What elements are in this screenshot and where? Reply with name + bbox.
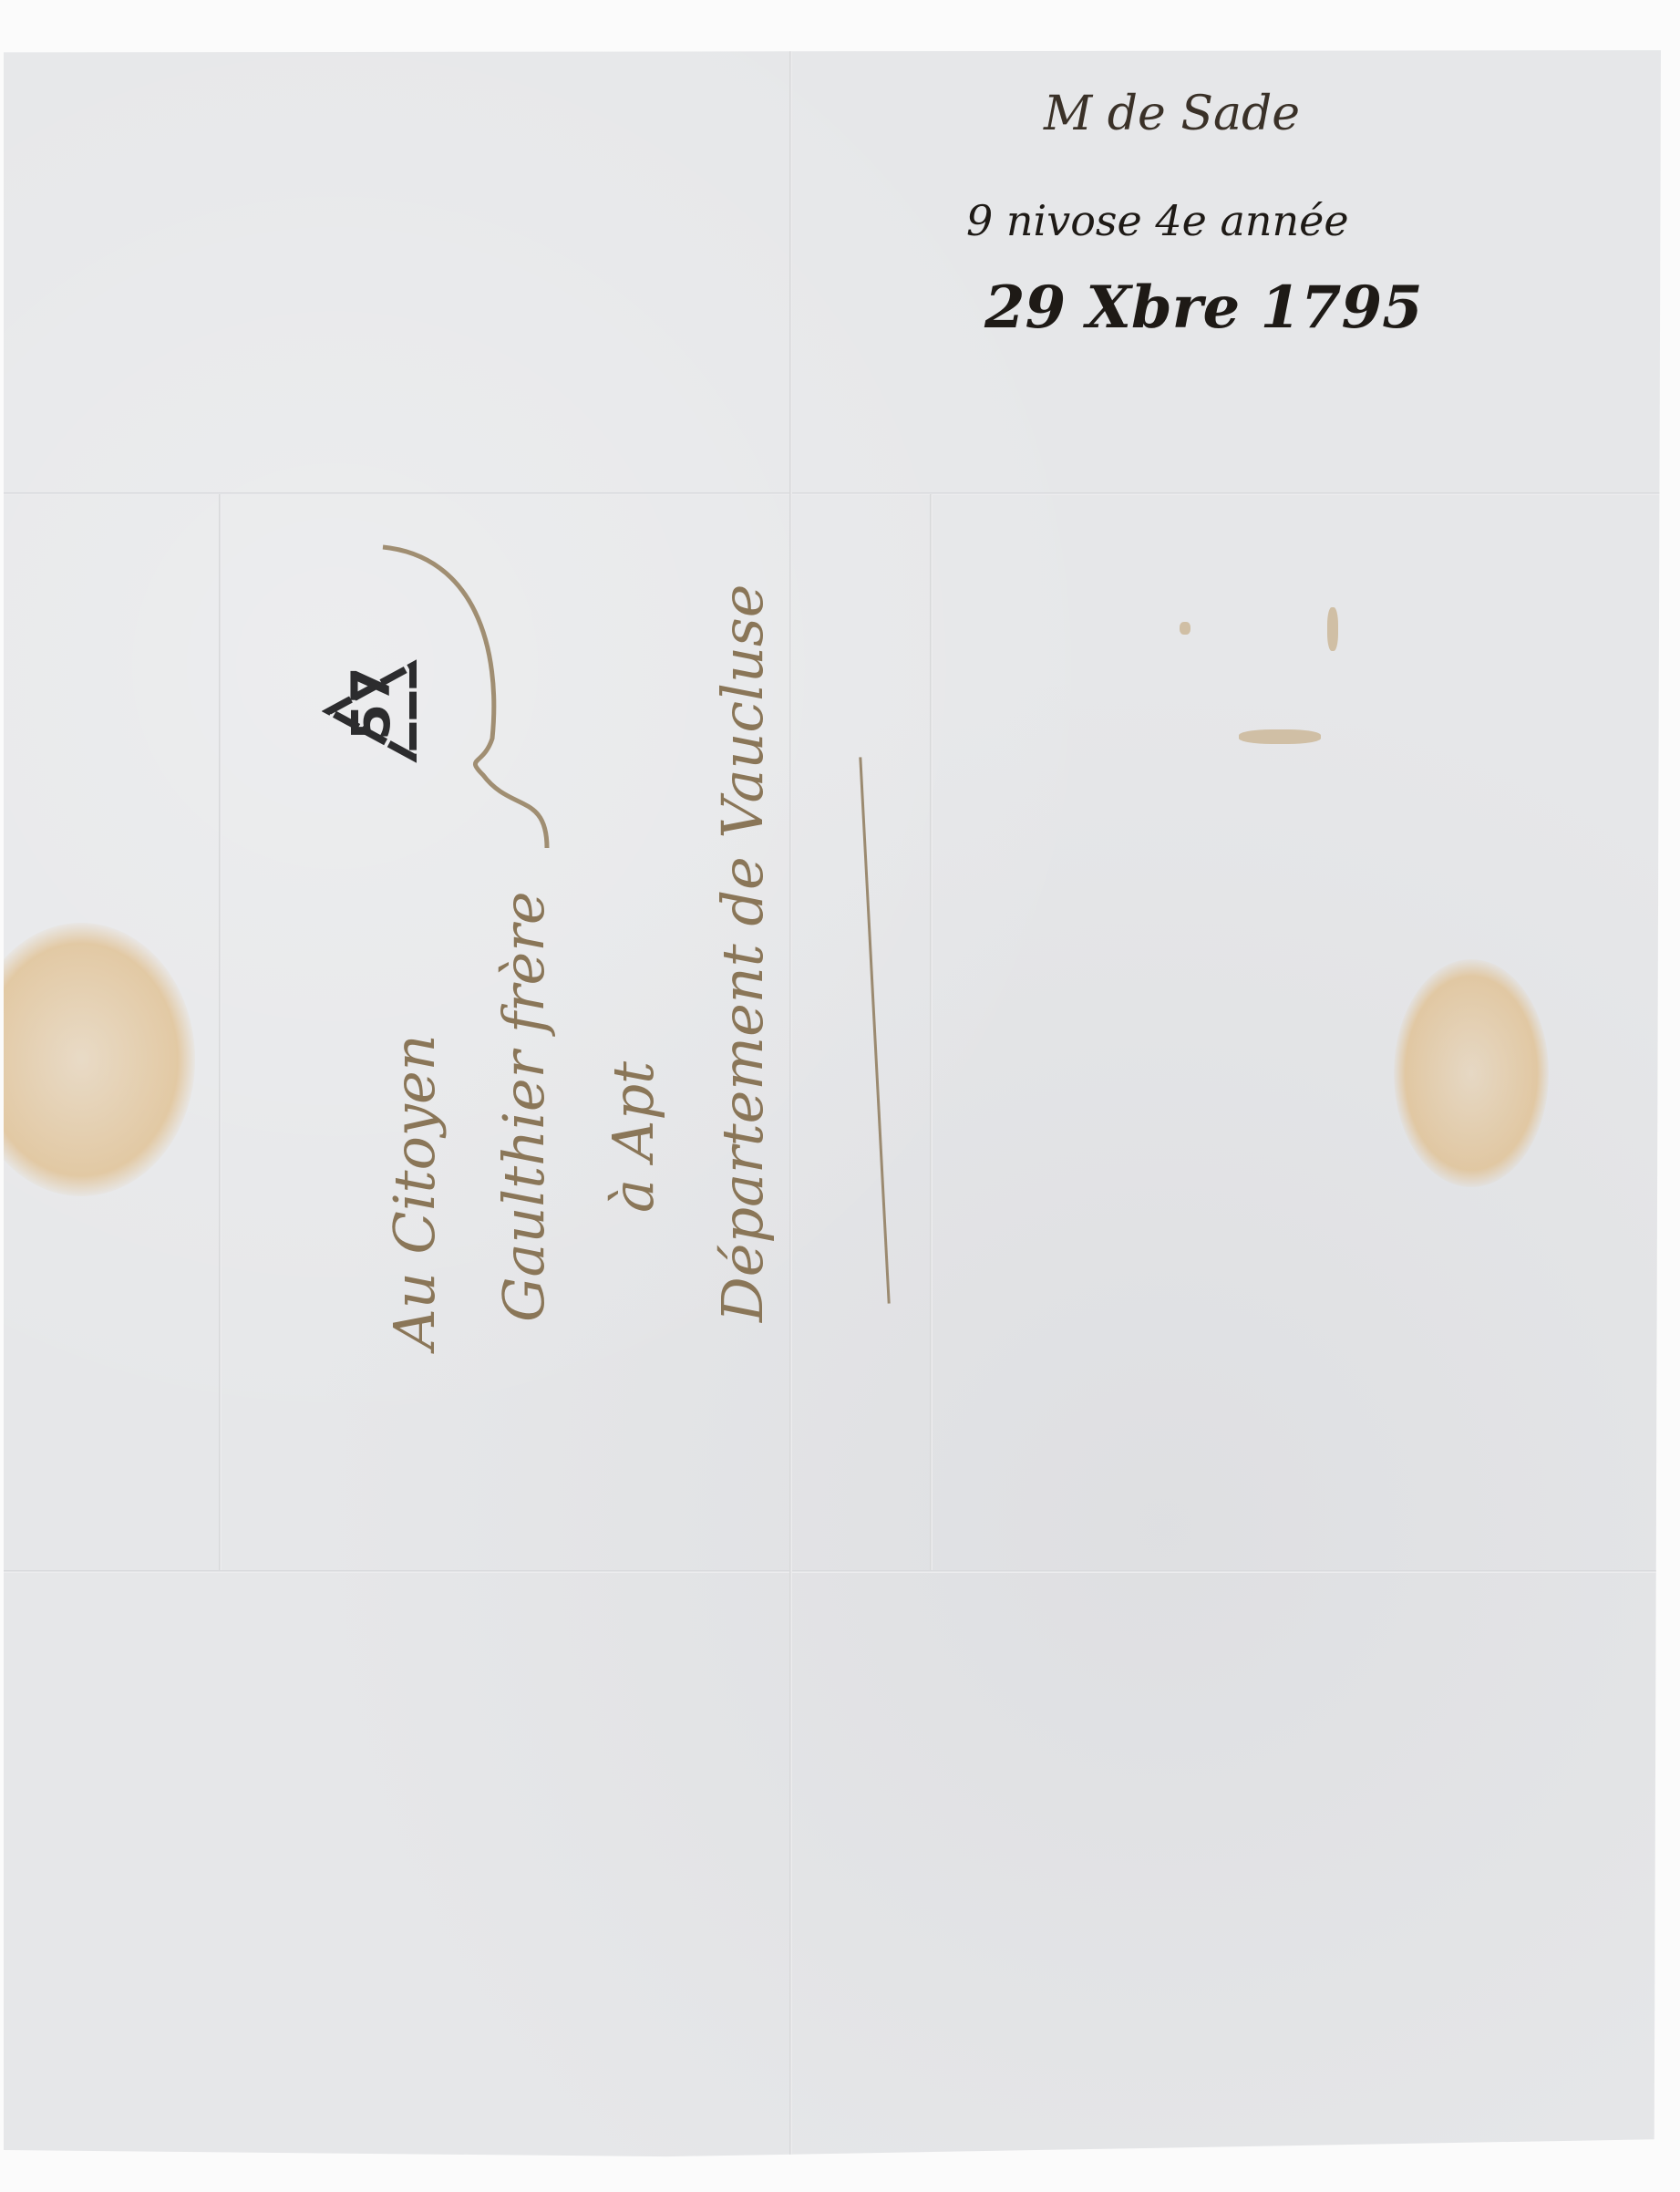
wax-seal-right bbox=[1394, 959, 1549, 1187]
address-flourish-icon bbox=[365, 538, 638, 903]
stain-mark bbox=[1239, 729, 1321, 744]
wax-seal-left bbox=[0, 923, 195, 1196]
stain-mark bbox=[1180, 622, 1190, 635]
fold-line-horizontal-bottom bbox=[4, 1570, 1661, 1573]
docket-republican-date: 9 nivose 4e année bbox=[966, 196, 1349, 245]
docket-gregorian-date: 29 Xbre 1795 bbox=[984, 274, 1423, 342]
fold-line-vertical-right bbox=[930, 494, 933, 1570]
fold-line-vertical-left bbox=[219, 494, 222, 1570]
stain-mark bbox=[1327, 607, 1338, 651]
docket-sender-name: M de Sade bbox=[1044, 87, 1300, 141]
fold-line-horizontal-top bbox=[4, 492, 1661, 495]
address-line-department: Département de Vaucluse bbox=[688, 584, 798, 1349]
letter-sheet bbox=[4, 20, 1661, 2174]
